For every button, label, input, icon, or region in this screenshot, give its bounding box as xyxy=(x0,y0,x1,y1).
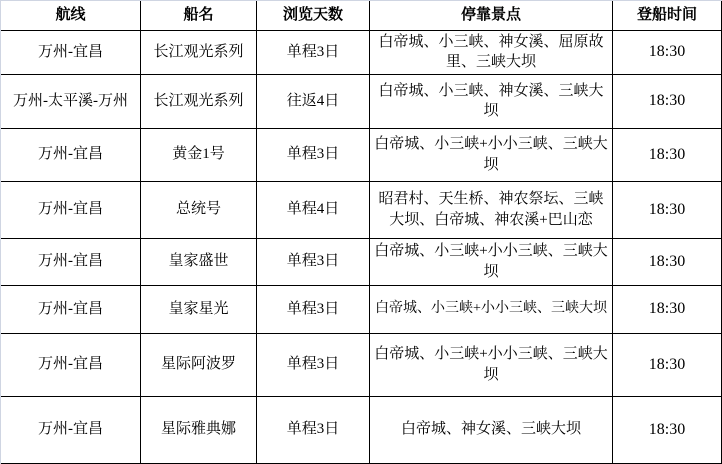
cell-stops: 白帝城、小三峡、神女溪、屈原故里、三峡大坝 xyxy=(370,31,613,75)
cell-ship: 黄金1号 xyxy=(141,129,257,182)
cell-days: 单程3日 xyxy=(257,397,370,464)
cell-stops: 白帝城、小三峡+小小三峡、三峡大坝 xyxy=(370,286,613,334)
cell-stops: 白帝城、小三峡+小小三峡、三峡大坝 xyxy=(370,334,613,397)
table-row: 万州-太平溪-万州 长江观光系列 往返4日 白帝城、小三峡、神女溪、三峡大坝 1… xyxy=(1,75,722,129)
column-header-stops: 停靠景点 xyxy=(370,1,613,31)
cell-route: 万州-宜昌 xyxy=(1,334,141,397)
cell-days: 单程3日 xyxy=(257,334,370,397)
cell-route: 万州-宜昌 xyxy=(1,239,141,286)
cell-stops: 白帝城、小三峡+小小三峡、三峡大坝 xyxy=(370,129,613,182)
column-header-route: 航线 xyxy=(1,1,141,31)
cell-days: 单程3日 xyxy=(257,31,370,75)
column-header-days: 浏览天数 xyxy=(257,1,370,31)
cell-stops: 白帝城、小三峡+小小三峡、三峡大坝 xyxy=(370,239,613,286)
cell-ship: 长江观光系列 xyxy=(141,75,257,129)
table-row: 万州-宜昌 总统号 单程4日 昭君村、天生桥、神农祭坛、三峡大坝、白帝城、神农溪… xyxy=(1,182,722,239)
table-row: 万州-宜昌 星际雅典娜 单程3日 白帝城、神女溪、三峡大坝 18:30 xyxy=(1,397,722,464)
cell-ship: 星际雅典娜 xyxy=(141,397,257,464)
table-row: 万州-宜昌 黄金1号 单程3日 白帝城、小三峡+小小三峡、三峡大坝 18:30 xyxy=(1,129,722,182)
table-row: 万州-宜昌 星际阿波罗 单程3日 白帝城、小三峡+小小三峡、三峡大坝 18:30 xyxy=(1,334,722,397)
cell-ship: 长江观光系列 xyxy=(141,31,257,75)
cell-route: 万州-太平溪-万州 xyxy=(1,75,141,129)
cell-days: 单程3日 xyxy=(257,239,370,286)
cell-ship: 皇家星光 xyxy=(141,286,257,334)
cell-time: 18:30 xyxy=(613,397,722,464)
cell-stops: 昭君村、天生桥、神农祭坛、三峡大坝、白帝城、神农溪+巴山恋 xyxy=(370,182,613,239)
cell-time: 18:30 xyxy=(613,334,722,397)
cell-route: 万州-宜昌 xyxy=(1,286,141,334)
cell-route: 万州-宜昌 xyxy=(1,31,141,75)
cell-days: 单程3日 xyxy=(257,286,370,334)
cell-time: 18:30 xyxy=(613,182,722,239)
table-row: 万州-宜昌 皇家星光 单程3日 白帝城、小三峡+小小三峡、三峡大坝 18:30 xyxy=(1,286,722,334)
cell-time: 18:30 xyxy=(613,129,722,182)
cell-time: 18:30 xyxy=(613,286,722,334)
cell-route: 万州-宜昌 xyxy=(1,129,141,182)
cell-stops: 白帝城、小三峡、神女溪、三峡大坝 xyxy=(370,75,613,129)
cell-route: 万州-宜昌 xyxy=(1,397,141,464)
column-header-ship: 船名 xyxy=(141,1,257,31)
cell-ship: 星际阿波罗 xyxy=(141,334,257,397)
table-row: 万州-宜昌 长江观光系列 单程3日 白帝城、小三峡、神女溪、屈原故里、三峡大坝 … xyxy=(1,31,722,75)
cell-stops: 白帝城、神女溪、三峡大坝 xyxy=(370,397,613,464)
column-header-time: 登船时间 xyxy=(613,1,722,31)
cell-time: 18:30 xyxy=(613,239,722,286)
header-row: 航线 船名 浏览天数 停靠景点 登船时间 xyxy=(1,1,722,31)
cell-days: 往返4日 xyxy=(257,75,370,129)
cell-days: 单程4日 xyxy=(257,182,370,239)
cell-time: 18:30 xyxy=(613,31,722,75)
cruise-table: 航线 船名 浏览天数 停靠景点 登船时间 万州-宜昌 长江观光系列 单程3日 白… xyxy=(0,0,722,464)
cell-days: 单程3日 xyxy=(257,129,370,182)
cell-ship: 总统号 xyxy=(141,182,257,239)
cell-route: 万州-宜昌 xyxy=(1,182,141,239)
cell-ship: 皇家盛世 xyxy=(141,239,257,286)
cell-time: 18:30 xyxy=(613,75,722,129)
cruise-schedule-table: 航线 船名 浏览天数 停靠景点 登船时间 万州-宜昌 长江观光系列 单程3日 白… xyxy=(0,0,722,462)
table-row: 万州-宜昌 皇家盛世 单程3日 白帝城、小三峡+小小三峡、三峡大坝 18:30 xyxy=(1,239,722,286)
